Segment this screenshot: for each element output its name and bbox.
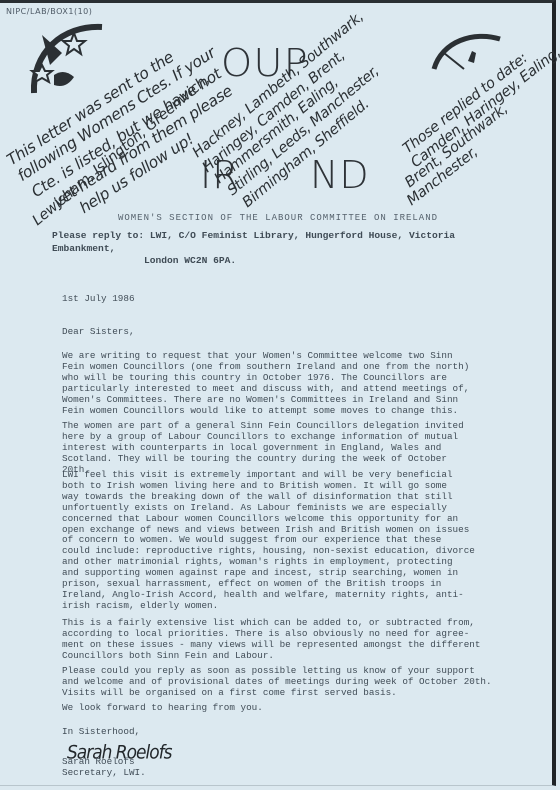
organisation-name: WOMEN'S SECTION OF THE LABOUR COMMITTEE … [0, 213, 556, 223]
reply-address-line-1: Please reply to: LWI, C/O Feminist Libra… [52, 230, 455, 254]
paragraph: LWI feel this visit is extremely importa… [62, 470, 512, 612]
closing: In Sisterhood, [62, 727, 512, 738]
paragraph: The women are part of a general Sinn Fei… [62, 421, 512, 476]
reply-address-line-2: London WC2N 6PA. [52, 255, 522, 268]
logo-fragment-bottom-right: ND [310, 153, 370, 197]
paragraph: We are writing to request that your Wome… [62, 351, 512, 416]
paragraph: Please could you reply as soon as possib… [62, 666, 512, 699]
letter-page: NIPC/LAB/BOX1(10) OUP IR ND This letter … [0, 0, 556, 786]
reply-address: Please reply to: LWI, C/O Feminist Libra… [52, 230, 522, 268]
signatory-title: Secretary, LWI. [62, 768, 512, 779]
salutation: Dear Sisters, [62, 327, 512, 338]
paragraph: This is a fairly extensive list which ca… [62, 618, 512, 662]
paragraph: We look forward to hearing from you. [62, 703, 512, 714]
letter-date: 1st July 1986 [62, 294, 512, 305]
emblem-left-icon [22, 13, 112, 103]
